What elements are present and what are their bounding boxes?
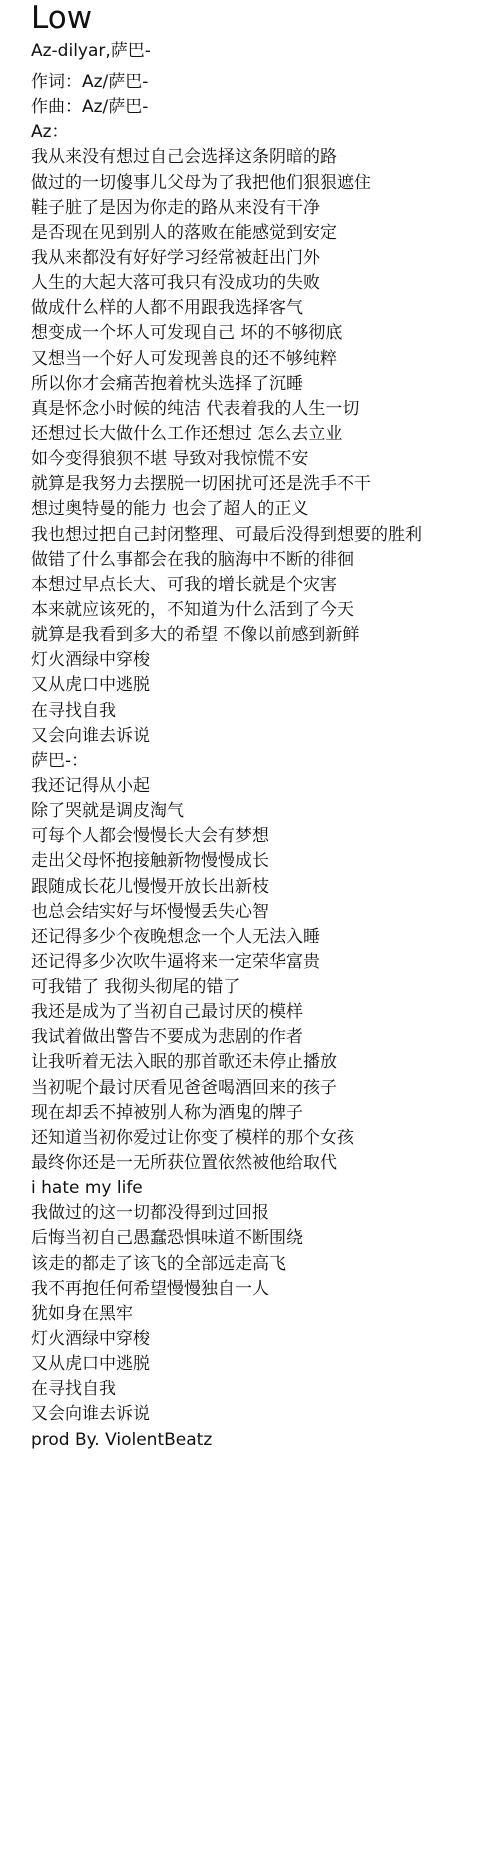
- lyric-line: 也总会结实好与坏慢慢丢失心智: [31, 900, 500, 925]
- lyric-line: 我还是成为了当初自己最讨厌的模样: [31, 1000, 500, 1025]
- lyric-line: 本想过早点长大、可我的增长就是个灾害: [31, 573, 500, 598]
- lyric-line: 除了哭就是调皮淘气: [31, 799, 500, 824]
- lyric-line: 我也想过把自己封闭整理、可最后没得到想要的胜利: [31, 523, 500, 548]
- lyric-line: 可我错了 我彻头彻尾的错了: [31, 975, 500, 1000]
- lyric-line: 如今变得狼狈不堪 导致对我惊慌不安: [31, 447, 500, 472]
- lyric-line: 我还记得从小起: [31, 774, 500, 799]
- lyric-line: 做错了什么事都会在我的脑海中不断的徘徊: [31, 548, 500, 573]
- lyric-line: 灯火酒绿中穿梭: [31, 1327, 500, 1352]
- lyric-line: 想变成一个坏人可发现自己 坏的不够彻底: [31, 321, 500, 346]
- song-title: Low: [31, 0, 500, 36]
- lyric-line: 我不再抱任何希望慢慢独自一人: [31, 1277, 500, 1302]
- lyric-line: 还想过长大做什么工作还想过 怎么去立业: [31, 422, 500, 447]
- lyric-line: 是否现在见到别人的落败在能感觉到安定: [31, 221, 500, 246]
- lyric-line: 就算是我看到多大的希望 不像以前感到新鲜: [31, 623, 500, 648]
- lyric-line: 做成什么样的人都不用跟我选择客气: [31, 296, 500, 321]
- lyric-line: 就算是我努力去摆脱一切困扰可还是洗手不干: [31, 472, 500, 497]
- lyrics-page: Low Az-dilyar,萨巴- 作词：Az/萨巴-作曲：Az/萨巴-Az：我…: [0, 0, 500, 1453]
- lyric-line: 做过的一切傻事儿父母为了我把他们狠狠遮住: [31, 171, 500, 196]
- lyric-line: 又从虎口中逃脱: [31, 1352, 500, 1377]
- lyric-line: Az：: [31, 120, 500, 145]
- lyric-line: 犹如身在黑牢: [31, 1302, 500, 1327]
- lyric-line: 在寻找自我: [31, 1377, 500, 1402]
- song-artists: Az-dilyar,萨巴-: [31, 39, 500, 63]
- lyric-line: 人生的大起大落可我只有没成功的失败: [31, 271, 500, 296]
- lyric-line: 又会向谁去诉说: [31, 724, 500, 749]
- lyric-line: 作词：Az/萨巴-: [31, 70, 500, 95]
- lyric-line: 最终你还是一无所获位置依然被他给取代: [31, 1151, 500, 1176]
- lyric-line: 本来就应该死的，不知道为什么活到了今天: [31, 598, 500, 623]
- lyric-line: 走出父母怀抱接触新物慢慢成长: [31, 849, 500, 874]
- lyric-line: 后悔当初自己愚蠢恐惧味道不断围绕: [31, 1226, 500, 1251]
- lyric-line: 跟随成长花儿慢慢开放长出新枝: [31, 875, 500, 900]
- lyric-line: 现在却丢不掉被别人称为酒鬼的牌子: [31, 1101, 500, 1126]
- lyric-line: 我做过的这一切都没得到过回报: [31, 1201, 500, 1226]
- lyric-line: 还记得多少个夜晚想念一个人无法入睡: [31, 925, 500, 950]
- lyric-line: 鞋子脏了是因为你走的路从来没有干净: [31, 196, 500, 221]
- lyric-line: 作曲：Az/萨巴-: [31, 95, 500, 120]
- lyric-line: 让我听着无法入眠的那首歌还未停止播放: [31, 1050, 500, 1075]
- lyric-line: 又想当一个好人可发现善良的还不够纯粹: [31, 347, 500, 372]
- lyric-line: 所以你才会痛苦抱着枕头选择了沉睡: [31, 372, 500, 397]
- lyric-line: 灯火酒绿中穿梭: [31, 648, 500, 673]
- lyric-line: 当初呢个最讨厌看见爸爸喝酒回来的孩子: [31, 1076, 500, 1101]
- lyric-line: 还知道当初你爱过让你变了模样的那个女孩: [31, 1126, 500, 1151]
- lyric-line: 我从来都没有好好学习经常被赶出门外: [31, 246, 500, 271]
- lyric-line: 在寻找自我: [31, 699, 500, 724]
- lyric-line: 可每个人都会慢慢长大会有梦想: [31, 824, 500, 849]
- lyric-line: 真是怀念小时候的纯洁 代表着我的人生一切: [31, 397, 500, 422]
- lyric-line: prod By. ViolentBeatz: [31, 1428, 500, 1453]
- lyric-line: 我从来没有想过自己会选择这条阴暗的路: [31, 145, 500, 170]
- lyrics-list: 作词：Az/萨巴-作曲：Az/萨巴-Az：我从来没有想过自己会选择这条阴暗的路做…: [31, 70, 500, 1453]
- lyric-line: 还记得多少次吹牛逼将来一定荣华富贵: [31, 950, 500, 975]
- lyric-line: 萨巴-：: [31, 749, 500, 774]
- lyric-line: 又会向谁去诉说: [31, 1402, 500, 1427]
- lyric-line: 又从虎口中逃脱: [31, 673, 500, 698]
- lyric-line: 想过奥特曼的能力 也会了超人的正义: [31, 497, 500, 522]
- lyric-line: 该走的都走了该飞的全部远走高飞: [31, 1252, 500, 1277]
- lyric-line: 我试着做出警告不要成为悲剧的作者: [31, 1025, 500, 1050]
- lyric-line: i hate my life: [31, 1176, 500, 1201]
